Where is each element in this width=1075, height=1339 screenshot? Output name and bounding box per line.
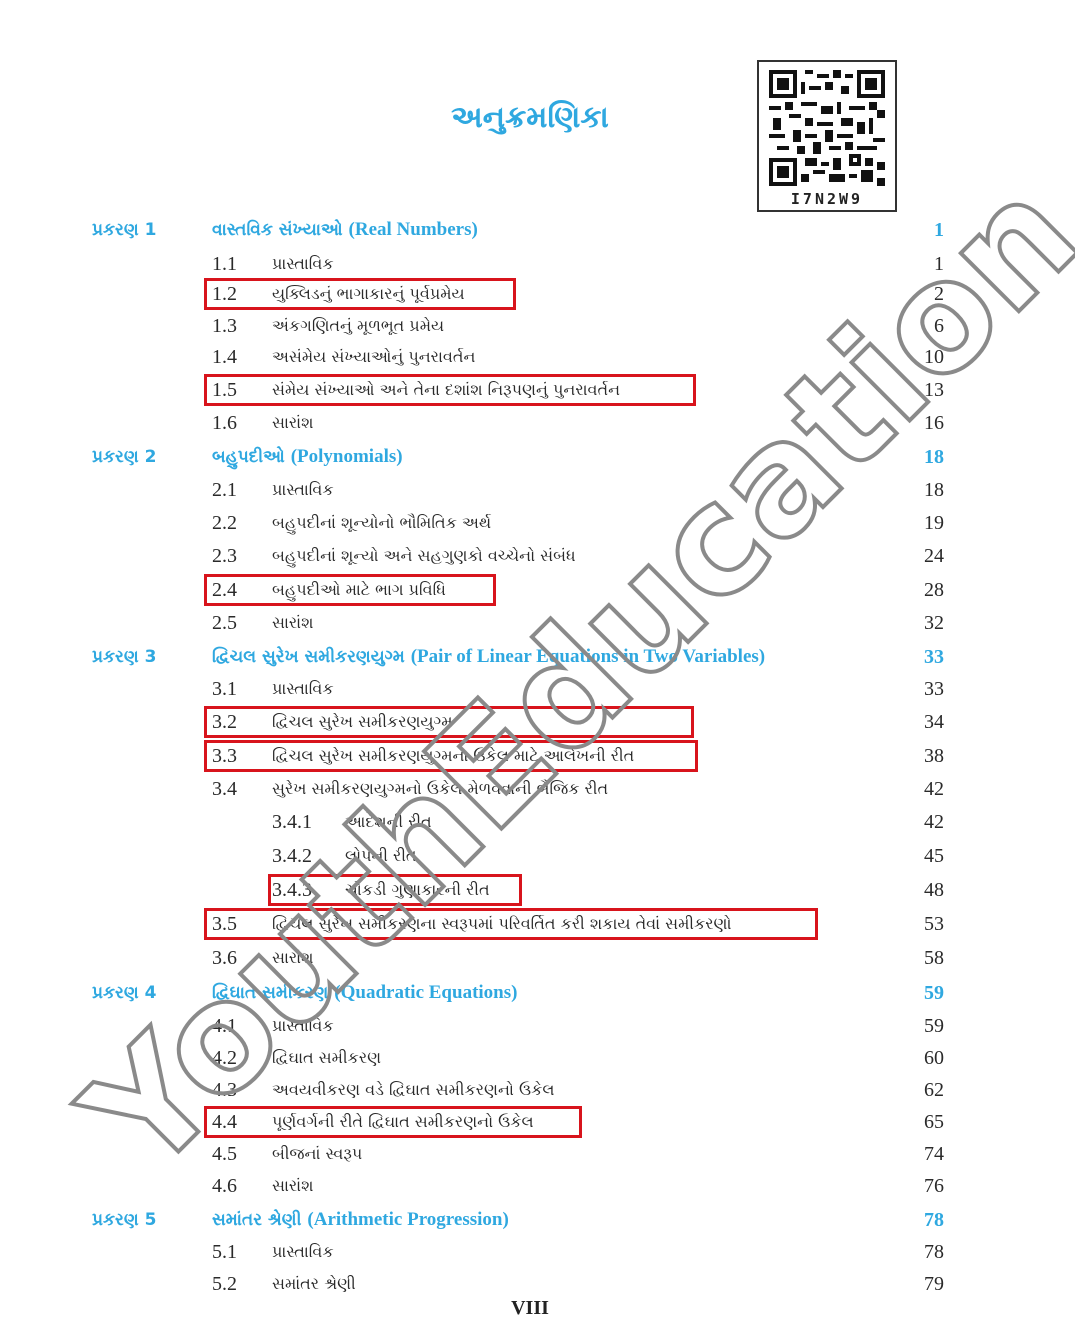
chapter-page-number: 59 bbox=[900, 978, 944, 1008]
section-page-number: 2 bbox=[900, 279, 944, 309]
section-title: અસંમેય સંખ્યાઓનું પુનરાવર્તન bbox=[272, 342, 475, 372]
chapter-page-number: 78 bbox=[900, 1205, 944, 1235]
section-page-number: 24 bbox=[900, 541, 944, 571]
chapter-row[interactable]: પ્રકરણ 2બહુપદીઓ (Polynomials)18 bbox=[0, 442, 1075, 472]
section-row[interactable]: 2.2બહુપદીનાં શૂન્યોનો ભૌમિતિક અર્થ19 bbox=[0, 508, 1075, 538]
section-title: સંમેય સંખ્યાઓ અને તેના દશાંશ નિરૂપણનું પ… bbox=[272, 375, 620, 405]
section-page-number: 38 bbox=[900, 741, 944, 771]
chapter-row[interactable]: પ્રકરણ 5સમાંતર શ્રેણી (Arithmetic Progre… bbox=[0, 1205, 1075, 1235]
section-title: પ્રાસ્તાવિક bbox=[272, 674, 334, 704]
section-title: દ્વિચલ સુરેખ સમીકરણયુગ્મ bbox=[272, 707, 453, 737]
section-page-number: 10 bbox=[900, 342, 944, 372]
section-row[interactable]: 3.2દ્વિચલ સુરેખ સમીકરણયુગ્મ34 bbox=[0, 707, 1075, 737]
section-page-number: 45 bbox=[900, 841, 944, 871]
section-row[interactable]: 2.1પ્રાસ્તાવિક18 bbox=[0, 475, 1075, 505]
section-title: પ્રાસ્તાવિક bbox=[272, 249, 334, 279]
section-row[interactable]: 3.4.2લોપની રીત45 bbox=[0, 841, 1075, 871]
section-row[interactable]: 2.4બહુપદીઓ માટે ભાગ પ્રવિધિ28 bbox=[0, 575, 1075, 605]
chapter-label: પ્રકરણ 4 bbox=[92, 978, 156, 1008]
section-row[interactable]: 3.3દ્વિચલ સુરેખ સમીકરણયુગ્મના ઉકેલ માટે … bbox=[0, 741, 1075, 771]
section-row[interactable]: 4.4પૂર્ણવર્ગની રીતે દ્વિઘાત સમીકરણનો ઉકે… bbox=[0, 1107, 1075, 1137]
section-page-number: 78 bbox=[900, 1237, 944, 1267]
section-page-number: 76 bbox=[900, 1171, 944, 1201]
section-title: સારાંશ bbox=[272, 408, 313, 438]
section-page-number: 79 bbox=[900, 1269, 944, 1299]
section-title: અંકગણિતનું મૂળભૂત પ્રમેય bbox=[272, 311, 444, 341]
section-row[interactable]: 4.5બીજનાં સ્વરૂપ74 bbox=[0, 1139, 1075, 1169]
section-row[interactable]: 4.6સારાંશ76 bbox=[0, 1171, 1075, 1201]
section-row[interactable]: 4.2દ્વિઘાત સમીકરણ60 bbox=[0, 1043, 1075, 1073]
section-number: 4.2 bbox=[212, 1043, 237, 1073]
section-number: 4.6 bbox=[212, 1171, 237, 1201]
page-number: VIII bbox=[500, 1297, 560, 1320]
section-row[interactable]: 1.3અંકગણિતનું મૂળભૂત પ્રમેય6 bbox=[0, 311, 1075, 341]
section-number: 3.4.1 bbox=[272, 807, 312, 837]
section-page-number: 62 bbox=[900, 1075, 944, 1105]
section-row[interactable]: 3.4.3ચોકડી ગુણાકારની રીત48 bbox=[0, 875, 1075, 905]
section-title: અવયવીકરણ વડે દ્વિઘાત સમીકરણનો ઉકેલ bbox=[272, 1075, 554, 1105]
chapter-row[interactable]: પ્રકરણ 4દ્વિઘાત સમીકરણ (Quadratic Equati… bbox=[0, 978, 1075, 1008]
chapter-title: દ્વિચલ સુરેખ સમીકરણયુગ્મ (Pair of Linear… bbox=[212, 642, 765, 672]
section-number: 1.1 bbox=[212, 249, 237, 279]
section-page-number: 42 bbox=[900, 807, 944, 837]
section-row[interactable]: 3.1પ્રાસ્તાવિક33 bbox=[0, 674, 1075, 704]
chapter-row[interactable]: પ્રકરણ 1વાસ્તવિક સંખ્યાઓ (Real Numbers)1 bbox=[0, 215, 1075, 245]
section-page-number: 58 bbox=[900, 943, 944, 973]
section-row[interactable]: 1.5સંમેય સંખ્યાઓ અને તેના દશાંશ નિરૂપણનુ… bbox=[0, 375, 1075, 405]
section-title: પ્રાસ્તાવિક bbox=[272, 1011, 334, 1041]
section-title: લોપની રીત bbox=[345, 841, 417, 871]
chapter-label: પ્રકરણ 5 bbox=[92, 1205, 156, 1235]
section-page-number: 65 bbox=[900, 1107, 944, 1137]
section-row[interactable]: 5.1પ્રાસ્તાવિક78 bbox=[0, 1237, 1075, 1267]
section-page-number: 6 bbox=[900, 311, 944, 341]
section-number: 4.4 bbox=[212, 1107, 237, 1137]
section-number: 4.3 bbox=[212, 1075, 237, 1105]
section-number: 4.1 bbox=[212, 1011, 237, 1041]
section-title: બહુપદીનાં શૂન્યો અને સહગુણકો વચ્ચેનો સંબ… bbox=[272, 541, 576, 571]
section-page-number: 53 bbox=[900, 909, 944, 939]
section-page-number: 42 bbox=[900, 774, 944, 804]
section-row[interactable]: 1.2યુક્લિડનું ભાગાકારનું પૂર્વપ્રમેય2 bbox=[0, 279, 1075, 309]
section-number: 3.4.3 bbox=[272, 875, 312, 905]
section-title: યુક્લિડનું ભાગાકારનું પૂર્વપ્રમેય bbox=[272, 279, 465, 309]
section-page-number: 32 bbox=[900, 608, 944, 638]
section-row[interactable]: 3.4સુરેખ સમીકરણયુગ્મનો ઉકેલ મેળવવાની બૈજ… bbox=[0, 774, 1075, 804]
section-number: 1.3 bbox=[212, 311, 237, 341]
section-title: સુરેખ સમીકરણયુગ્મનો ઉકેલ મેળવવાની બૈજિક … bbox=[272, 774, 608, 804]
section-page-number: 59 bbox=[900, 1011, 944, 1041]
chapter-row[interactable]: પ્રકરણ 3દ્વિચલ સુરેખ સમીકરણયુગ્મ (Pair o… bbox=[0, 642, 1075, 672]
section-title: સારાંશ bbox=[272, 1171, 313, 1201]
chapter-page-number: 18 bbox=[900, 442, 944, 472]
section-number: 1.5 bbox=[212, 375, 237, 405]
section-page-number: 74 bbox=[900, 1139, 944, 1169]
section-page-number: 18 bbox=[900, 475, 944, 505]
section-page-number: 60 bbox=[900, 1043, 944, 1073]
chapter-title: બહુપદીઓ (Polynomials) bbox=[212, 442, 403, 472]
section-number: 1.2 bbox=[212, 279, 237, 309]
chapter-page-number: 1 bbox=[900, 215, 944, 245]
section-page-number: 48 bbox=[900, 875, 944, 905]
section-number: 3.4 bbox=[212, 774, 237, 804]
section-title: પ્રાસ્તાવિક bbox=[272, 1237, 334, 1267]
chapter-label: પ્રકરણ 1 bbox=[92, 215, 156, 245]
section-number: 2.4 bbox=[212, 575, 237, 605]
section-row[interactable]: 3.5દ્વિચલ સુરેખ સમીકરણના સ્વરૂપમાં પરિવર… bbox=[0, 909, 1075, 939]
section-number: 4.5 bbox=[212, 1139, 237, 1169]
chapter-title: દ્વિઘાત સમીકરણ (Quadratic Equations) bbox=[212, 978, 517, 1008]
section-title: સમાંતર શ્રેણી bbox=[272, 1269, 356, 1299]
section-number: 3.5 bbox=[212, 909, 237, 939]
chapter-title: સમાંતર શ્રેણી (Arithmetic Progression) bbox=[212, 1205, 509, 1235]
section-row[interactable]: 3.6સારાંશ58 bbox=[0, 943, 1075, 973]
chapter-label: પ્રકરણ 2 bbox=[92, 442, 156, 472]
section-title: પ્રાસ્તાવિક bbox=[272, 475, 334, 505]
section-number: 1.6 bbox=[212, 408, 237, 438]
section-title: બહુપદીનાં શૂન્યોનો ભૌમિતિક અર્થ bbox=[272, 508, 491, 538]
section-number: 5.1 bbox=[212, 1237, 237, 1267]
table-of-contents: પ્રકરણ 1વાસ્તવિક સંખ્યાઓ (Real Numbers)1… bbox=[0, 0, 1075, 1339]
section-page-number: 19 bbox=[900, 508, 944, 538]
section-title: ચોકડી ગુણાકારની રીત bbox=[345, 875, 490, 905]
section-row[interactable]: 2.3બહુપદીનાં શૂન્યો અને સહગુણકો વચ્ચેનો … bbox=[0, 541, 1075, 571]
section-page-number: 28 bbox=[900, 575, 944, 605]
section-title: બહુપદીઓ માટે ભાગ પ્રવિધિ bbox=[272, 575, 446, 605]
section-number: 2.3 bbox=[212, 541, 237, 571]
section-row[interactable]: 2.5સારાંશ32 bbox=[0, 608, 1075, 638]
section-page-number: 1 bbox=[900, 249, 944, 279]
section-number: 3.2 bbox=[212, 707, 237, 737]
section-number: 5.2 bbox=[212, 1269, 237, 1299]
section-row[interactable]: 1.6સારાંશ16 bbox=[0, 408, 1075, 438]
section-number: 2.5 bbox=[212, 608, 237, 638]
section-row[interactable]: 1.4અસંમેય સંખ્યાઓનું પુનરાવર્તન10 bbox=[0, 342, 1075, 372]
section-page-number: 16 bbox=[900, 408, 944, 438]
section-row[interactable]: 4.1પ્રાસ્તાવિક59 bbox=[0, 1011, 1075, 1041]
section-title: સારાંશ bbox=[272, 943, 313, 973]
section-title: દ્વિચલ સુરેખ સમીકરણના સ્વરૂપમાં પરિવર્તિ… bbox=[272, 909, 732, 939]
section-title: પૂર્ણવર્ગની રીતે દ્વિઘાત સમીકરણનો ઉકેલ bbox=[272, 1107, 534, 1137]
section-number: 2.1 bbox=[212, 475, 237, 505]
chapter-title: વાસ્તવિક સંખ્યાઓ (Real Numbers) bbox=[212, 215, 478, 245]
section-page-number: 33 bbox=[900, 674, 944, 704]
section-row[interactable]: 5.2સમાંતર શ્રેણી79 bbox=[0, 1269, 1075, 1299]
section-title: બીજનાં સ્વરૂપ bbox=[272, 1139, 362, 1169]
section-number: 3.3 bbox=[212, 741, 237, 771]
section-row[interactable]: 3.4.1આદેશની રીત42 bbox=[0, 807, 1075, 837]
section-title: સારાંશ bbox=[272, 608, 313, 638]
section-number: 1.4 bbox=[212, 342, 237, 372]
section-number: 3.1 bbox=[212, 674, 237, 704]
section-number: 3.6 bbox=[212, 943, 237, 973]
chapter-label: પ્રકરણ 3 bbox=[92, 642, 156, 672]
section-title: આદેશની રીત bbox=[345, 807, 432, 837]
section-title: દ્વિઘાત સમીકરણ bbox=[272, 1043, 381, 1073]
section-page-number: 34 bbox=[900, 707, 944, 737]
section-page-number: 13 bbox=[900, 375, 944, 405]
section-row[interactable]: 1.1પ્રાસ્તાવિક1 bbox=[0, 249, 1075, 279]
section-number: 3.4.2 bbox=[272, 841, 312, 871]
section-row[interactable]: 4.3અવયવીકરણ વડે દ્વિઘાત સમીકરણનો ઉકેલ62 bbox=[0, 1075, 1075, 1105]
section-number: 2.2 bbox=[212, 508, 237, 538]
chapter-page-number: 33 bbox=[900, 642, 944, 672]
section-title: દ્વિચલ સુરેખ સમીકરણયુગ્મના ઉકેલ માટે આલે… bbox=[272, 741, 634, 771]
